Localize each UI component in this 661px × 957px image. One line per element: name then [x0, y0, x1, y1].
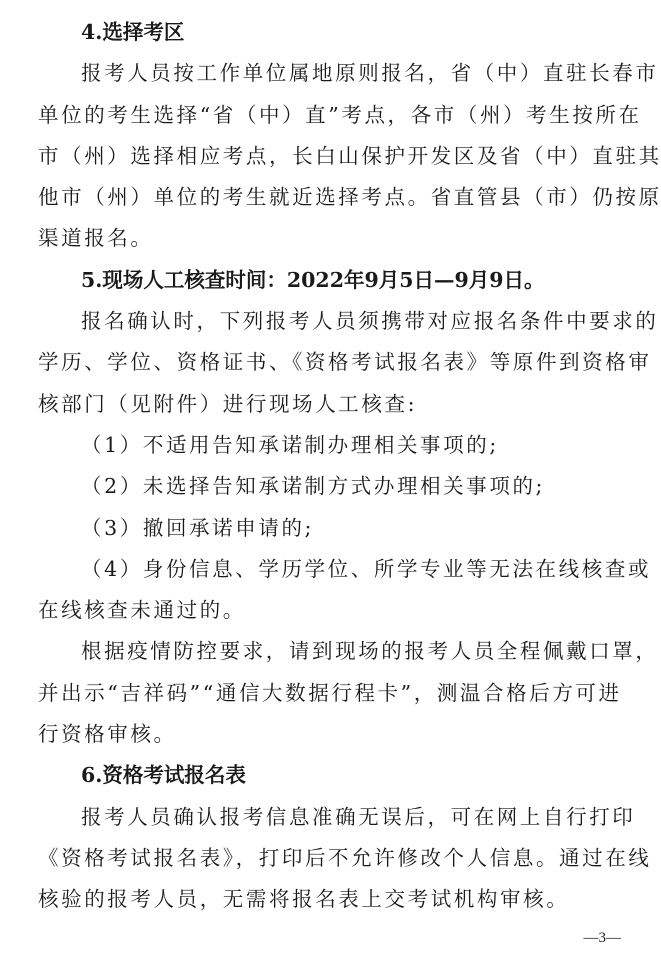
list-item-4: （4）身份信息、学历学位、所学专业等无法在线核查或: [38, 549, 622, 590]
section-heading-4: 4.选择考区: [38, 12, 622, 53]
paragraph-line: 行资格审核。: [38, 714, 622, 755]
document-page: 4.选择考区 报考人员按工作单位属地原则报名，省（中）直驻长春市 单位的考生选择…: [38, 12, 622, 921]
list-item-3: （3）撤回承诺申请的;: [38, 508, 622, 549]
paragraph-line: 并出示“吉祥码”“通信大数据行程卡”，测温合格后方可进: [38, 673, 622, 714]
paragraph-line: 他市（州）单位的考生就近选择考点。省直管县（市）仍按原: [38, 177, 622, 218]
paragraph-line: 单位的考生选择“省（中）直”考点，各市（州）考生按所在: [38, 95, 622, 136]
section-heading-6: 6.资格考试报名表: [38, 755, 622, 796]
paragraph-line: 核部门（见附件）进行现场人工核查:: [38, 384, 622, 425]
paragraph-line: 《资格考试报名表》，打印后不允许修改个人信息。通过在线: [38, 838, 622, 879]
list-item-1: （1）不适用告知承诺制办理相关事项的;: [38, 425, 622, 466]
page-number: —3—: [584, 930, 622, 947]
paragraph-line: 报考人员按工作单位属地原则报名，省（中）直驻长春市: [38, 53, 622, 94]
paragraph-line: 核验的报考人员，无需将报名表上交考试机构审核。: [38, 879, 622, 920]
paragraph-line: 报考人员确认报考信息准确无误后，可在网上自行打印: [38, 797, 622, 838]
paragraph-line: 根据疫情防控要求，请到现场的报考人员全程佩戴口罩，: [38, 631, 622, 672]
list-item-4-continuation: 在线核查未通过的。: [38, 590, 622, 631]
list-item-2: （2）未选择告知承诺制方式办理相关事项的;: [38, 466, 622, 507]
section-heading-5: 5.现场人工核查时间：2022年9月5日—9月9日。: [38, 260, 622, 301]
paragraph-line: 市（州）选择相应考点，长白山保护开发区及省（中）直驻其: [38, 136, 622, 177]
paragraph-line: 学历、学位、资格证书、《资格考试报名表》等原件到资格审: [38, 342, 622, 383]
paragraph-line: 报名确认时，下列报考人员须携带对应报名条件中要求的: [38, 301, 622, 342]
paragraph-line: 渠道报名。: [38, 218, 622, 259]
